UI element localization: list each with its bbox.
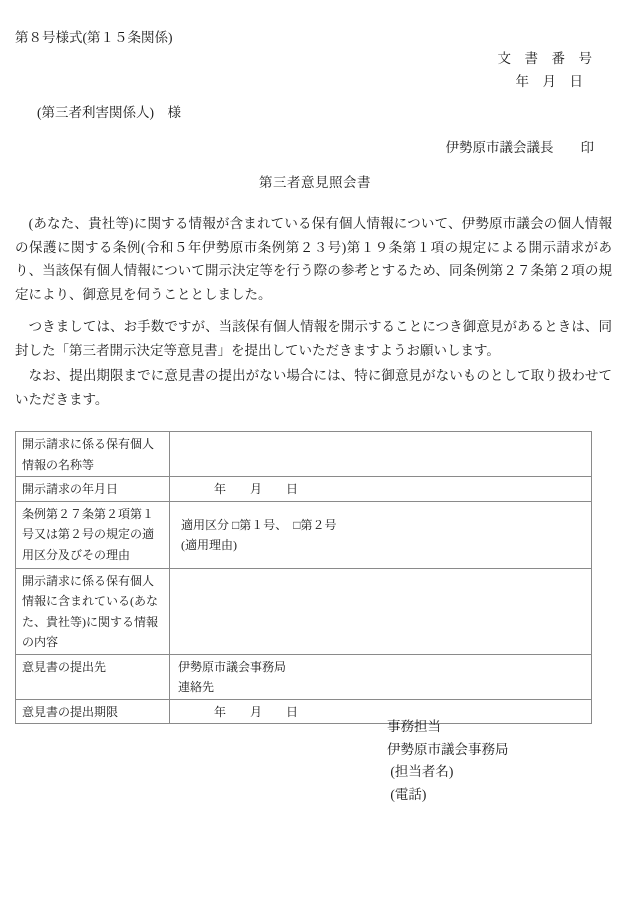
row-label-submission-destination: 意見書の提出先	[16, 654, 170, 699]
table-row: 意見書の提出先 伊勢原市議会事務局 連絡先	[16, 654, 592, 699]
date-blank-line: 年 月 日	[178, 479, 587, 500]
footer-office-name: 伊勢原市議会事務局	[387, 739, 509, 762]
row-value-applicable-category: 適用区分 □第１号、 □第２号 (適用理由)	[170, 501, 592, 568]
document-date-line: 年 月 日	[516, 70, 584, 90]
row-label-submission-deadline: 意見書の提出期限	[16, 699, 170, 724]
table-row: 開示請求に係る保有個人情報の名称等	[16, 432, 592, 477]
deadline-blank-line: 年 月 日	[178, 702, 587, 723]
document-page: 第８号様式(第１５条関係) 文 書 番 号 年 月 日 (第三者利害関係人) 様…	[0, 0, 630, 903]
table-row: 開示請求に係る保有個人情報に含まれている(あなた、貴社等)に関する情報の内容	[16, 568, 592, 654]
footer-phone: (電話)	[387, 784, 509, 807]
row-value-submission-destination: 伊勢原市議会事務局 連絡先	[170, 654, 592, 699]
row-value-information-name	[170, 432, 592, 477]
destination-contact-line: 連絡先	[178, 677, 587, 698]
sender-seal-line: 伊勢原市議会議長 印	[446, 136, 595, 156]
row-label-information-content: 開示請求に係る保有個人情報に含まれている(あなた、貴社等)に関する情報の内容	[16, 568, 170, 654]
form-number: 第８号様式(第１５条関係)	[15, 26, 173, 46]
row-label-request-date: 開示請求の年月日	[16, 477, 170, 502]
table-row: 開示請求の年月日 年 月 日	[16, 477, 592, 502]
row-label-applicable-category: 条例第２７条第２項第１号又は第２号の規定の適用区分及びその理由	[16, 501, 170, 568]
row-value-request-date: 年 月 日	[170, 477, 592, 502]
footer-office-role: 事務担当	[387, 716, 509, 739]
body-paragraphs: (あなた、貴社等)に関する情報が含まれている保有個人情報について、伊勢原市議会の…	[15, 212, 612, 411]
document-title: 第三者意見照会書	[0, 171, 630, 191]
paragraph-intro: (あなた、貴社等)に関する情報が含まれている保有個人情報について、伊勢原市議会の…	[15, 212, 612, 306]
row-label-information-name: 開示請求に係る保有個人情報の名称等	[16, 432, 170, 477]
footer-contact-block: 事務担当 伊勢原市議会事務局 (担当者名) (電話)	[387, 716, 509, 806]
paragraph-request: つきましては、お手数ですが、当該保有個人情報を開示することにつき御意見があるとき…	[15, 315, 612, 362]
footer-person-name: (担当者名)	[387, 761, 509, 784]
paragraph-deadline: なお、提出期限までに意見書の提出がない場合には、特に御意見がないものとして取り扱…	[15, 364, 612, 411]
inquiry-form-table: 開示請求に係る保有個人情報の名称等 開示請求の年月日 年 月 日 条例第２７条第…	[15, 431, 592, 724]
row-value-information-content	[170, 568, 592, 654]
category-checkbox-line: 適用区分 □第１号、 □第２号	[178, 515, 587, 536]
category-reason-line: (適用理由)	[178, 535, 587, 556]
document-number-line: 文 書 番 号	[498, 47, 593, 67]
row-value-submission-deadline: 年 月 日	[170, 699, 592, 724]
destination-office-line: 伊勢原市議会事務局	[178, 657, 587, 678]
recipient-line: (第三者利害関係人) 様	[37, 101, 181, 121]
table-row: 条例第２７条第２項第１号又は第２号の規定の適用区分及びその理由 適用区分 □第１…	[16, 501, 592, 568]
